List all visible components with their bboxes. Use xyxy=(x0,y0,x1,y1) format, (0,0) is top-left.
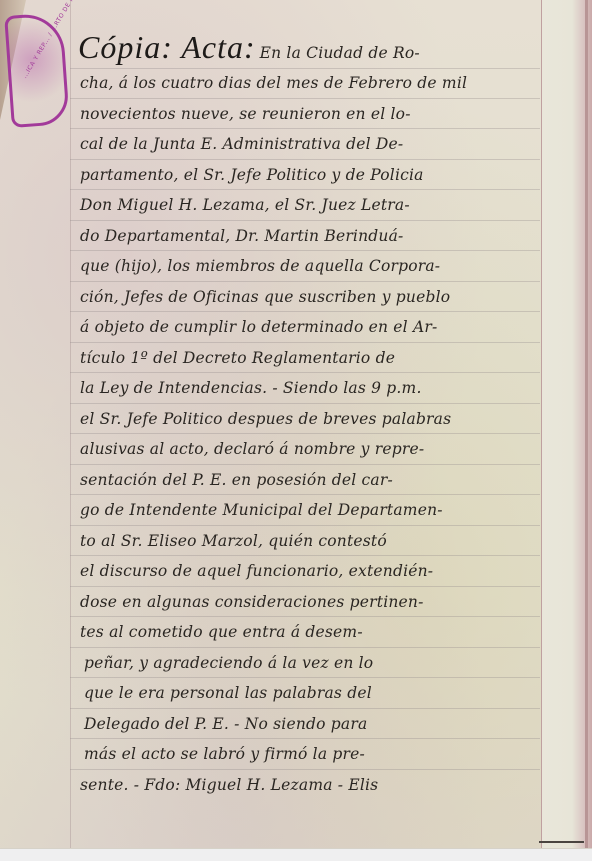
manuscript-line: Delegado del P. E. - No siendo para xyxy=(78,709,548,740)
manuscript-line: alusivas al acto, declaró á nombre y rep… xyxy=(78,434,548,465)
manuscript-line: cha, á los cuatro dias del mes de Febrer… xyxy=(78,68,548,99)
bottom-corner-rule xyxy=(539,841,584,843)
manuscript-line: que le era personal las palabras del xyxy=(78,678,548,709)
manuscript-line: más el acto se labró y firmó la pre- xyxy=(78,739,548,770)
manuscript-line: que (hijo), los miembros de aquella Corp… xyxy=(78,251,548,282)
manuscript-line: do Departamental, Dr. Martin Berinduá- xyxy=(78,221,548,252)
manuscript-line: la Ley de Intendencias. - Siendo las 9 p… xyxy=(78,373,548,404)
manuscript-line: go de Intendente Municipal del Departame… xyxy=(78,495,548,526)
manuscript-line: En la Ciudad de Ro- xyxy=(260,44,420,62)
manuscript-line: Don Miguel H. Lezama, el Sr. Juez Letra- xyxy=(78,190,548,221)
manuscript-line: to al Sr. Eliseo Marzol, quién contestó xyxy=(78,526,548,557)
manuscript-line-signature: sente. - Fdo: Miguel H. Lezama - Elis xyxy=(78,770,548,801)
manuscript-line: partamento, el Sr. Jefe Politico y de Po… xyxy=(78,160,548,191)
document-page: ...ICA Y REP... / ...RTO DE ROCHA Cópia:… xyxy=(0,0,592,848)
manuscript-text: Cópia: Acta:En la Ciudad de Ro- cha, á l… xyxy=(78,26,548,800)
manuscript-line: sentación del P. E. en posesión del car- xyxy=(78,465,548,496)
manuscript-line: á objeto de cumplir lo determinado en el… xyxy=(78,312,548,343)
manuscript-line: cal de la Junta E. Administrativa del De… xyxy=(78,129,548,160)
manuscript-line: el Sr. Jefe Politico despues de breves p… xyxy=(78,404,548,435)
manuscript-line-heading: Cópia: Acta:En la Ciudad de Ro- xyxy=(78,26,548,68)
manuscript-line: tículo 1º del Decreto Reglamentario de xyxy=(78,343,548,374)
page-fold-edge xyxy=(585,0,588,848)
manuscript-line: peñar, y agradeciendo á la vez en lo xyxy=(78,648,548,679)
stamp-text: ...ICA Y REP... / ...RTO DE ROCHA xyxy=(21,38,50,79)
manuscript-line: novecientos nueve, se reunieron en el lo… xyxy=(78,99,548,130)
scan-bottom-edge xyxy=(0,848,592,861)
manuscript-line: el discurso de aquel funcionario, extend… xyxy=(78,556,548,587)
document-heading: Cópia: Acta: xyxy=(78,29,256,65)
manuscript-line: ción, Jefes de Oficinas que suscriben y … xyxy=(78,282,548,313)
official-seal-stamp: ...ICA Y REP... / ...RTO DE ROCHA xyxy=(4,12,70,128)
manuscript-line: tes al cometido que entra á desem- xyxy=(78,617,548,648)
manuscript-line: dose en algunas consideraciones pertinen… xyxy=(78,587,548,618)
